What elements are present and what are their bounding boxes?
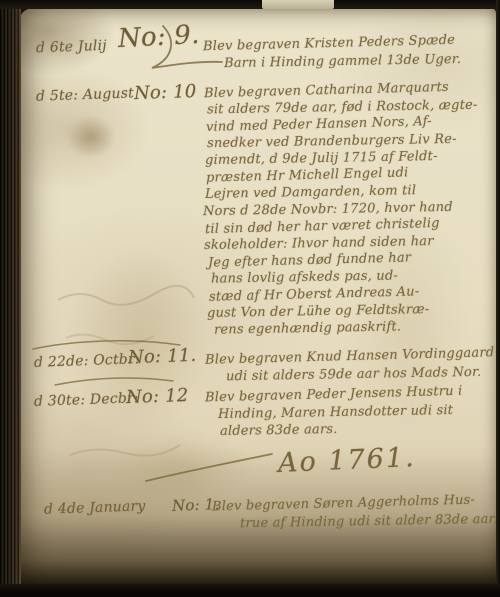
entry-number: No: 11.: [128, 347, 197, 367]
entry-text-line: Lejren ved Damgarden, kom til: [205, 184, 416, 201]
entry-number: No: 12: [126, 387, 189, 407]
entry-date: d 30te: Decbr:: [34, 391, 139, 409]
entry-text-line: hans lovlig afskeds pas, ud-: [211, 269, 398, 285]
entry-date: d 6te Julij: [36, 39, 107, 55]
paper-stain: [104, 433, 254, 503]
entry-text-line: Hinding, Maren Hansdotter udi sit: [218, 404, 453, 421]
entry-text-line: skoleholder: Ihvor hand siden har: [204, 235, 434, 252]
year-heading: Ao 1761.: [277, 444, 416, 477]
entry-date: d 5te: August: [36, 86, 134, 103]
entry-date: d 4de January: [44, 499, 146, 517]
photo-edge-bottom: [0, 584, 500, 597]
entry-text-line: alders 83de aars.: [220, 423, 338, 438]
entry-number: No: 10: [134, 83, 197, 103]
paper-stain: [67, 116, 115, 158]
entry-text-line: Barn i Hinding gammel 13de Uger.: [224, 53, 461, 70]
page-tab-notch: [262, 0, 334, 9]
entry-text-line: gust Von der Lühe og Feldtskræ-: [207, 303, 430, 320]
entry-text-line: rens egenhændig paaskrift.: [214, 320, 401, 336]
entry-date: d 22de: Octbr:: [34, 352, 140, 370]
manuscript-photo: d 6te Julij No: 9. Blev begraven Kristen…: [0, 0, 500, 597]
entry-number: No: 9.: [117, 22, 200, 52]
photo-edge-right: [496, 0, 500, 597]
book-binding-edge: [0, 0, 21, 597]
photo-edge-top: [0, 0, 500, 9]
